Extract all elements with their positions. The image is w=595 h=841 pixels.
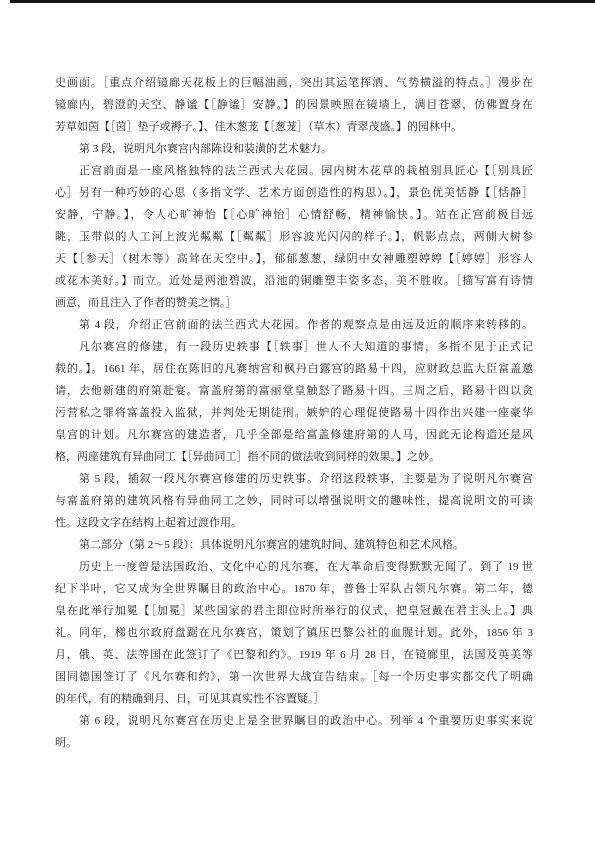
document-page: 史画面。［重点介绍镜廊天花板上的巨幅油画，突出其运笔挥洒、气势横溢的特点。］漫步… (0, 0, 595, 841)
text-line: 安静，宁静。】，令人心旷神怡【［心旷神怡］心情舒畅，精神愉快。】。站在正宫前极目… (55, 204, 533, 226)
text-line: 历史上一度曾是法国政治、文化中心的凡尔赛，在大革命后变得默默无闻了。到了 19 … (55, 556, 533, 578)
text-line: 芳草如茵【［茵］垫子或褥子。】、佳木葱茏【［葱茏］（草木）青翠茂盛。】的园林中。 (55, 116, 533, 138)
text-line: 载的。】。1661 年，居住在陈旧的凡赛纳宫和枫丹白露宫的路易十四，应财政总监大… (55, 358, 533, 380)
text-line: 请，去他新建的府第赴宴。富盖府第的富丽堂皇触怒了路易十四。三周之后，路易十四以贪 (55, 380, 533, 402)
text-line: 镜廊内，碧澄的天空、静谧【［静谧］安静。】的园景映照在镜墙上，满目苍翠，仿佛置身… (55, 94, 533, 116)
text-line: 凡尔赛宫的修建，有一段历史轶事【［轶事］世人不大知道的事情，多指不见于正式记 (55, 336, 533, 358)
text-line: 格，两座建筑有异曲同工【［异曲同工］指不同的做法收到同样的效果。】之妙。 (55, 446, 533, 468)
text-line: 眺，玉带似的人工河上波光粼粼【［粼粼］形容波光闪闪的样子。】，帆影点点，两侧大树… (55, 226, 533, 248)
text-line: 或花木美好。】而立。近处是两池碧波，沿池的铜雕塑丰姿多态，美不胜收。［描写富有诗… (55, 270, 533, 292)
text-line: 正宫前面是一座风格独特的法兰西式大花园。园内树木花草的栽植别具匠心【［别具匠 (55, 160, 533, 182)
text-line: 第 4 段，介绍正宫前面的法兰西式大花园。作者的观察点是由远及近的顺序来转移的。 (55, 314, 533, 336)
text-line: 纪下半叶，它又成为全世界瞩目的政治中心。1870 年，普鲁士军队占领凡尔赛。第二… (55, 578, 533, 600)
text-line: 皇在此举行加冕【［加冕］某些国家的君主即位时所举行的仪式，把皇冠戴在君主头上。】… (55, 600, 533, 622)
text-line: 画意，而且注入了作者的赞美之情。］ (55, 292, 533, 314)
text-line: 第二部分（第 2～5 段）：具体说明凡尔赛宫的建筑时间、建筑特色和艺术风格。 (55, 534, 533, 556)
text-line: 第 3 段，说明凡尔赛宫内部陈设和装潢的艺术魅力。 (55, 138, 533, 160)
text-line: 史画面。［重点介绍镜廊天花板上的巨幅油画，突出其运笔挥洒、气势横溢的特点。］漫步… (55, 72, 533, 94)
text-line: 天【［参天］（树木等）高耸在天空中。】，郁郁葱葱，绿阴中女神雕塑婷婷【［婷婷］形… (55, 248, 533, 270)
text-line: 第 5 段，插叙一段凡尔赛宫修建的历史轶事。介绍这段轶事，主要是为了说明凡尔赛宫 (55, 468, 533, 490)
text-block: 史画面。［重点介绍镜廊天花板上的巨幅油画，突出其运笔挥洒、气势横溢的特点。］漫步… (55, 72, 533, 754)
scan-artifact-bar (10, 0, 595, 3)
text-line: 性。这段文字在结构上起着过渡作用。 (55, 512, 533, 534)
text-line: 第 6 段，说明凡尔赛宫在历史上是全世界瞩目的政治中心。列举 4 个重要历史事实… (55, 710, 533, 732)
text-line: 污营私之罪将富盖投入监狱，并判处无期徒刑。嫉妒的心理促使路易十四作出兴建一座豪华 (55, 402, 533, 424)
text-line: 与富盖府第的建筑风格有异曲同工之妙，同时可以增强说明文的趣味性，提高说明文的可读 (55, 490, 533, 512)
text-line: 心］另有一种巧妙的心思（多指文学、艺术方面创造性的构思）。】，景色优美恬静【［恬… (55, 182, 533, 204)
text-line: 国同德国签订了《凡尔赛和约》，第一次世界大战宣告结束。［每一个历史事实都交代了明… (55, 666, 533, 688)
text-line: 月，俄、英、法等国在此签订了《巴黎和约》。1919 年 6 月 28 日，在镜廊… (55, 644, 533, 666)
text-line: 的年代，有的精确到月、日，可见其真实性不容置疑。］ (55, 688, 533, 710)
text-line: 明。 (55, 732, 533, 754)
text-line: 礼。同年，梯也尔政府盘踞在凡尔赛宫，策划了镇压巴黎公社的血腥计划。此外，1856… (55, 622, 533, 644)
text-line: 皇宫的计划。凡尔赛宫的建造者，几乎全部是给富盖修建府第的人马，因此无论构造还是风 (55, 424, 533, 446)
